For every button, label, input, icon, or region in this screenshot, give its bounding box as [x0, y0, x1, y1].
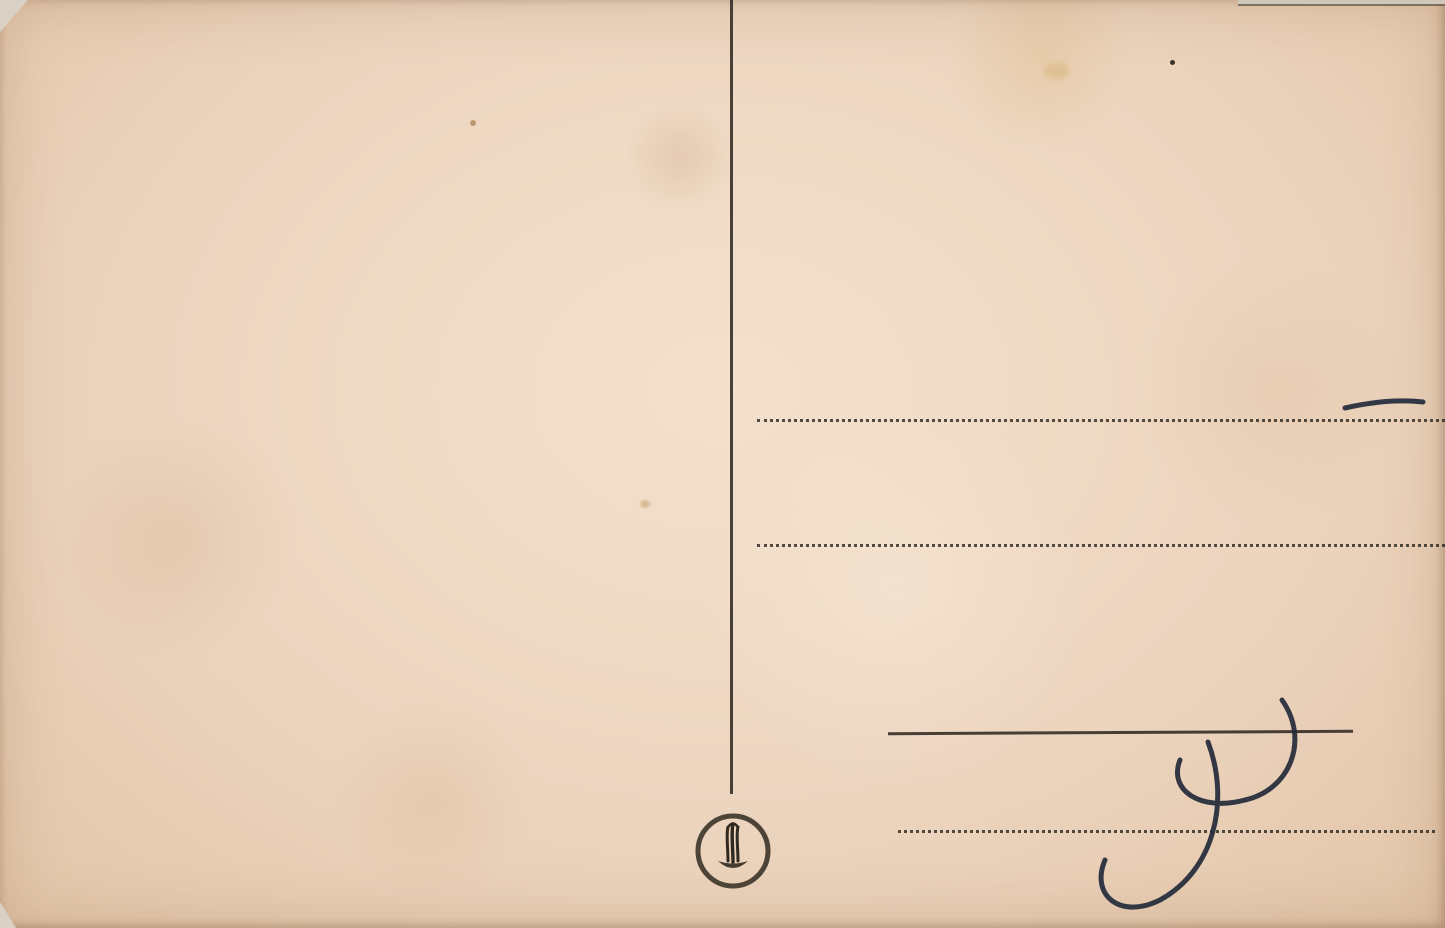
- address-message-divider-line: [730, 0, 733, 794]
- postcard-paper: [0, 0, 1445, 928]
- address-line-4: [898, 830, 1435, 833]
- paper-speck: [470, 120, 476, 126]
- address-line-1: [757, 419, 1445, 422]
- paper-stain: [640, 500, 650, 508]
- paper-speck: [1170, 60, 1175, 65]
- postcard-scan: { "postcard": { "printed": { "card_numbe…: [0, 0, 1445, 928]
- paper-stain: [1044, 62, 1070, 80]
- card-edge-top-right: [1238, 4, 1445, 6]
- address-line-2: [757, 544, 1445, 547]
- publisher-logo-icon: [692, 808, 774, 894]
